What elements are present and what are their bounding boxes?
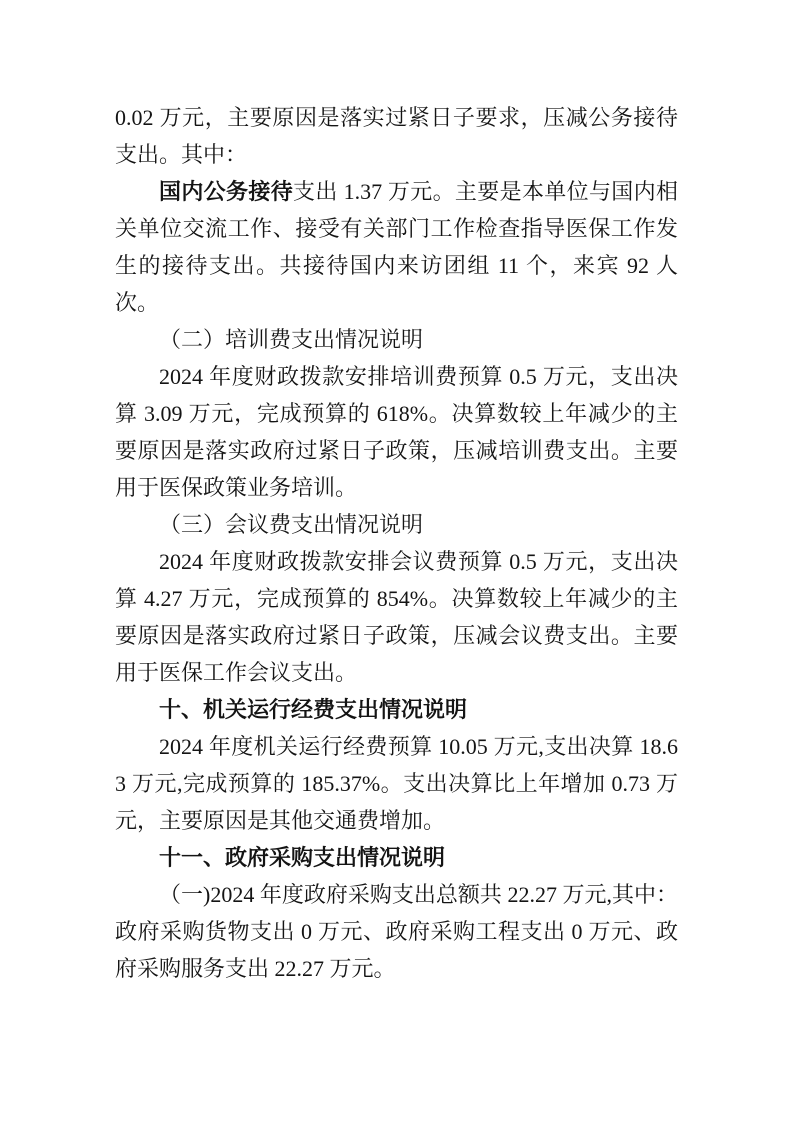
- document-screenshot: { "page": { "background_color": "#ffffff…: [0, 0, 793, 1122]
- section-heading: 十、机关运行经费支出情况说明: [115, 691, 678, 728]
- paragraph: 2024 年度财政拨款安排培训费预算 0.5 万元，支出决算 3.09 万元，完…: [115, 358, 678, 506]
- paragraph: 0.02 万元，主要原因是落实过紧日子要求，压减公务接待支出。其中：: [115, 99, 678, 173]
- paragraph: 2024 年度机关运行经费预算 10.05 万元,支出决算 18.63 万元,完…: [115, 728, 678, 839]
- document-page: 0.02 万元，主要原因是落实过紧日子要求，压减公务接待支出。其中：国内公务接待…: [0, 0, 793, 1122]
- section-heading: 十一、政府采购支出情况说明: [115, 839, 678, 876]
- paragraph: 2024 年度财政拨款安排会议费预算 0.5 万元，支出决算 4.27 万元，完…: [115, 543, 678, 691]
- subsection-heading: （二）培训费支出情况说明: [115, 321, 678, 358]
- subsection-heading: （三）会议费支出情况说明: [115, 506, 678, 543]
- paragraph: 国内公务接待支出 1.37 万元。主要是本单位与国内相关单位交流工作、接受有关部…: [115, 173, 678, 321]
- document-body: 0.02 万元，主要原因是落实过紧日子要求，压减公务接待支出。其中：国内公务接待…: [115, 99, 678, 987]
- paragraph: （一)2024 年度政府采购支出总额共 22.27 万元,其中：政府采购货物支出…: [115, 876, 678, 987]
- bold-lead-text: 国内公务接待: [159, 179, 293, 204]
